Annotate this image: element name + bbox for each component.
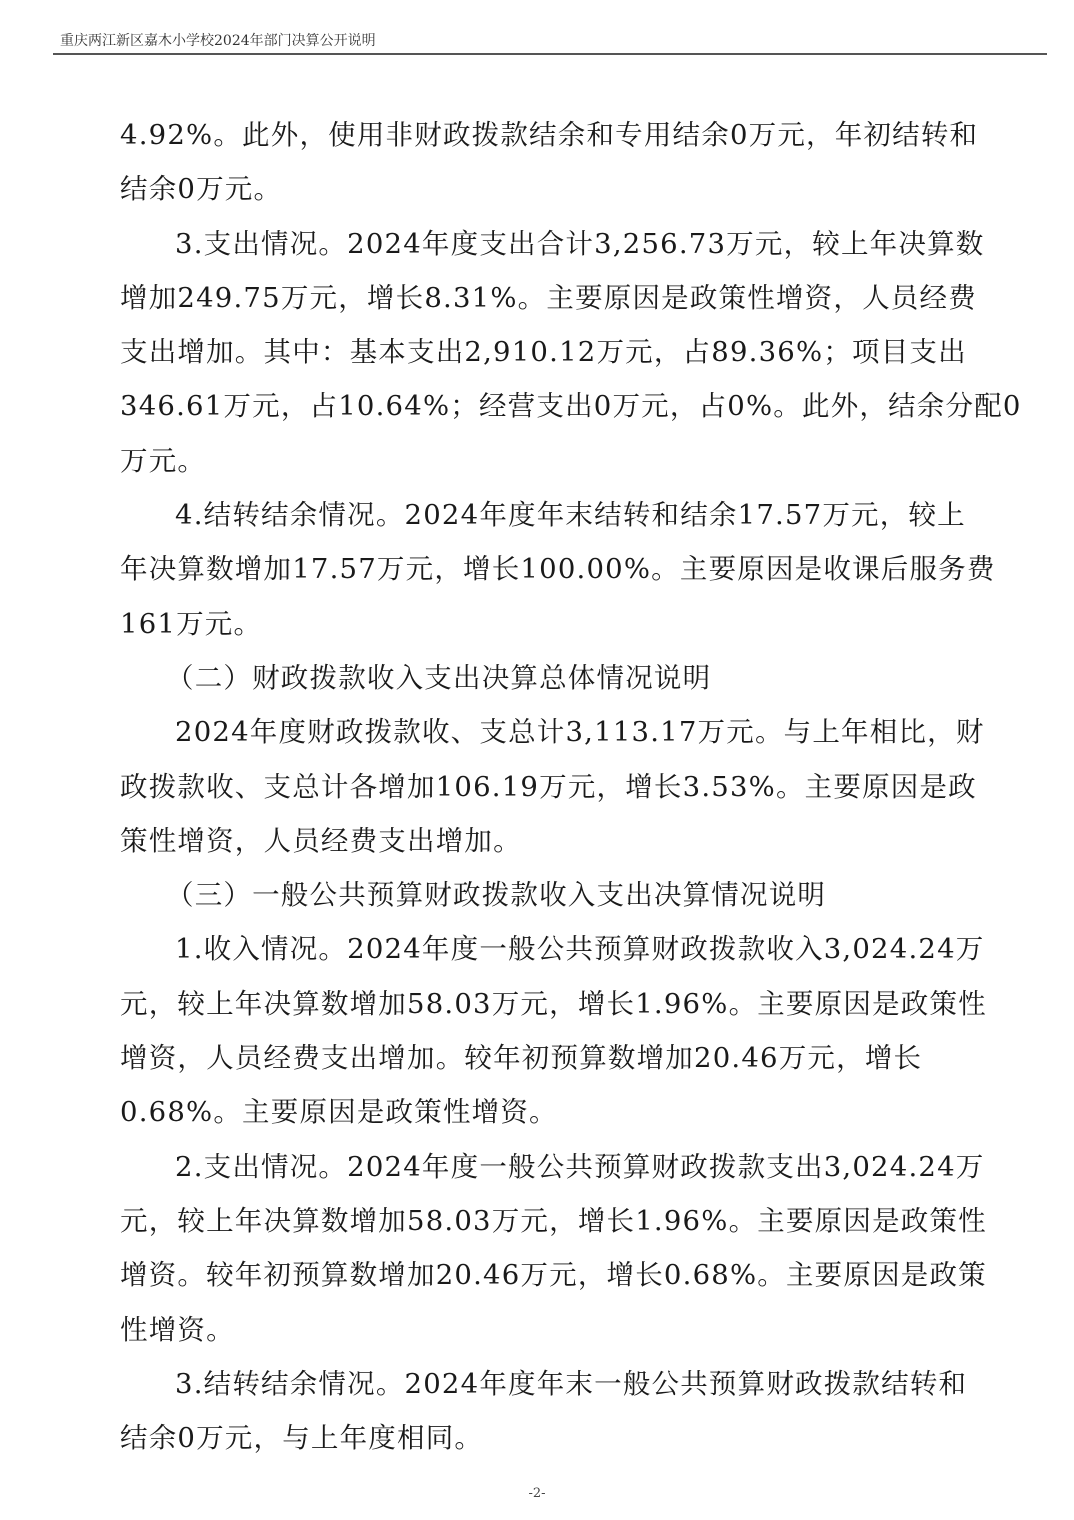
body-line: 元，较上年决算数增加58.03万元，增长1.96%。主要原因是政策性: [120, 1194, 958, 1248]
paragraph-start-fiscal-total: 2024年度财政拨款收、支总计3,113.17万元。与上年相比，财: [120, 705, 958, 759]
body-line: 元，较上年决算数增加58.03万元，增长1.96%。主要原因是政策性: [120, 977, 958, 1031]
body-line: 346.61万元，占10.64%；经营支出0万元，占0%。此外，结余分配0: [120, 379, 958, 433]
paragraph-start-carryover: 4.结转结余情况。2024年度年末结转和结余17.57万元，较上: [120, 488, 958, 542]
section-heading-2: （二）财政拨款收入支出决算总体情况说明: [120, 651, 958, 705]
body-line: 万元。: [120, 434, 958, 488]
paragraph-start-expenditure: 3.支出情况。2024年度支出合计3,256.73万元，较上年决算数: [120, 217, 958, 271]
body-line: 0.68%。主要原因是政策性增资。: [120, 1085, 958, 1139]
body-line: 年决算数增加17.57万元，增长100.00%。主要原因是收课后服务费: [120, 542, 958, 596]
body-line: 结余0万元，与上年度相同。: [120, 1411, 958, 1465]
body-line: 增资，人员经费支出增加。较年初预算数增加20.46万元，增长: [120, 1031, 958, 1085]
body-line: 结余0万元。: [120, 162, 958, 216]
body-line: 161万元。: [120, 597, 958, 651]
body-line: 支出增加。其中：基本支出2,910.12万元，占89.36%；项目支出: [120, 325, 958, 379]
header-divider: [53, 53, 1047, 55]
running-header-title: 重庆两江新区嘉木小学校2024年部门决算公开说明: [60, 30, 376, 50]
body-line: 性增资。: [120, 1303, 958, 1357]
paragraph-start-general-expenditure: 2.支出情况。2024年度一般公共预算财政拨款支出3,024.24万: [120, 1140, 958, 1194]
paragraph-start-general-carryover: 3.结转结余情况。2024年度年末一般公共预算财政拨款结转和: [120, 1357, 958, 1411]
document-body: 4.92%。此外，使用非财政拨款结余和专用结余0万元，年初结转和 结余0万元。 …: [120, 108, 958, 1465]
section-heading-3: （三）一般公共预算财政拨款收入支出决算情况说明: [120, 868, 958, 922]
body-line: 4.92%。此外，使用非财政拨款结余和专用结余0万元，年初结转和: [120, 108, 958, 162]
paragraph-start-income: 1.收入情况。2024年度一般公共预算财政拨款收入3,024.24万: [120, 922, 958, 976]
body-line: 政拨款收、支总计各增加106.19万元，增长3.53%。主要原因是政: [120, 760, 958, 814]
page-number: -2-: [0, 1486, 1074, 1501]
body-line: 增资。较年初预算数增加20.46万元，增长0.68%。主要原因是政策: [120, 1248, 958, 1302]
body-line: 策性增资，人员经费支出增加。: [120, 814, 958, 868]
body-line: 增加249.75万元，增长8.31%。主要原因是政策性增资，人员经费: [120, 271, 958, 325]
